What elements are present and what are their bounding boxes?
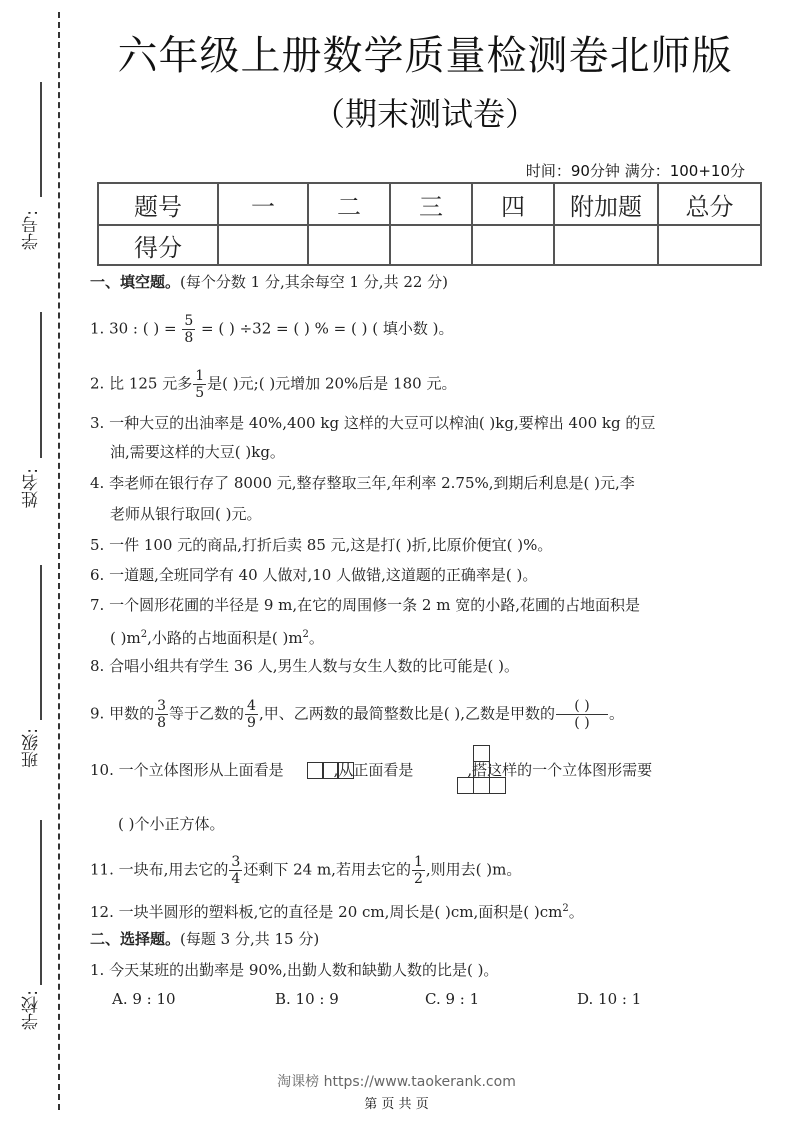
option-b[interactable]: B. 10 : 9 (275, 988, 339, 1010)
question-1-11: 11. 一块布,用去它的34还剩下 24 m,若用去它的12,则用去( )m。 (90, 854, 521, 887)
score-table-score-row: 得分 (98, 225, 761, 265)
name-label: 姓名: (20, 468, 44, 508)
header-cell-3: 三 (390, 183, 472, 225)
class-line[interactable] (40, 565, 42, 720)
q2-text-b: 是( )元;( )元增加 20%后是 180 元。 (207, 375, 456, 393)
header-cell-total: 总分 (658, 183, 761, 225)
name-line[interactable] (40, 312, 42, 458)
question-1-7-line2: ( )m2,小路的占地面积是( )m2。 (110, 624, 324, 649)
school-line[interactable] (40, 820, 42, 985)
footer-page-number: 第 页 共 页 (0, 1093, 793, 1112)
question-1-1: 1. 30 : ( ) = 58 = ( ) ÷32 = ( ) % = ( )… (90, 313, 453, 346)
question-1-3-line1: 3. 一种大豆的出油率是 40%,400 kg 这样的大豆可以榨油( )kg,要… (90, 412, 655, 434)
page-title: 六年级上册数学质量检测卷北师版 (90, 30, 760, 82)
question-1-2: 2. 比 125 元多15是( )元;( )元增加 20%后是 180 元。 (90, 368, 456, 401)
q1-text-b: = ( ) ÷32 = ( ) % = ( ) ( 填小数 )。 (196, 320, 453, 338)
row-label-score: 得分 (98, 225, 218, 265)
fraction-4-9: 49 (245, 698, 258, 731)
section1-heading: 一、填空题。(每个分数 1 分,其余每空 1 分,共 22 分) (90, 271, 448, 293)
q2-text-a: 2. 比 125 元多 (90, 375, 192, 393)
fraction-1-5: 15 (193, 368, 206, 401)
footer-watermark: 淘课榜 https://www.taokerank.com (0, 1071, 793, 1091)
section1-title: 一、填空题。 (90, 273, 180, 291)
school-label: 学校: (20, 990, 44, 1030)
header-cell-bonus: 附加题 (554, 183, 658, 225)
exam-meta: 时间：90分钟 满分：100+10分 (526, 160, 745, 181)
score-table-header-row: 题号 一 二 三 四 附加题 总分 (98, 183, 761, 225)
header-cell-4: 四 (472, 183, 554, 225)
section2-note: (每题 3 分,共 15 分) (180, 930, 319, 948)
question-1-10-line2: ( )个小正方体。 (118, 813, 224, 835)
option-d[interactable]: D. 10 : 1 (577, 988, 641, 1010)
section2-title: 二、选择题。 (90, 930, 180, 948)
question-1-3-line2: 油,需要这样的大豆( )kg。 (110, 441, 285, 463)
question-1-4-line2: 老师从银行取回( )元。 (110, 503, 261, 525)
question-1-12: 12. 一块半圆形的塑料板,它的直径是 20 cm,周长是( )cm,面积是( … (90, 898, 584, 923)
fraction-5-8: 58 (182, 313, 195, 346)
fraction-3-4: 34 (229, 854, 242, 887)
section1-note: (每个分数 1 分,其余每空 1 分,共 22 分) (180, 273, 448, 291)
score-cell-2[interactable] (308, 225, 390, 265)
option-a[interactable]: A. 9 : 10 (112, 988, 176, 1010)
question-1-8: 8. 合唱小组共有学生 36 人,男生人数与女生人数的比可能是( )。 (90, 655, 519, 677)
page-subtitle: （期末测试卷） (90, 92, 760, 136)
fraction-blank[interactable]: ( )( ) (556, 698, 608, 731)
student-id-line[interactable] (40, 82, 42, 197)
student-id-label: 学号: (20, 210, 44, 250)
question-1-7-line1: 7. 一个圆形花圃的半径是 9 m,在它的周围修一条 2 m 宽的小路,花圃的占… (90, 594, 640, 616)
question-1-5: 5. 一件 100 元的商品,打折后卖 85 元,这是打( )折,比原价便宜( … (90, 534, 552, 556)
score-cell-3[interactable] (390, 225, 472, 265)
score-cell-total[interactable] (658, 225, 761, 265)
score-table: 题号 一 二 三 四 附加题 总分 得分 (97, 182, 762, 266)
score-cell-1[interactable] (218, 225, 308, 265)
fraction-1-2: 12 (412, 854, 425, 887)
score-cell-bonus[interactable] (554, 225, 658, 265)
question-2-1: 1. 今天某班的出勤率是 90%,出勤人数和缺勤人数的比是( )。 (90, 959, 498, 981)
binding-dashed-line (58, 12, 60, 1110)
header-cell-question-no: 题号 (98, 183, 218, 225)
question-1-9: 9. 甲数的38等于乙数的49,甲、乙两数的最简整数比是( ),乙数是甲数的( … (90, 698, 624, 731)
question-1-4-line1: 4. 李老师在银行存了 8000 元,整存整取三年,年利率 2.75%,到期后利… (90, 472, 635, 494)
question-1-6: 6. 一道题,全班同学有 40 人做对,10 人做错,这道题的正确率是( )。 (90, 564, 537, 586)
question-1-10-line1: 10. 一个立体图形从上面看是,从正面看是,搭这样的一个立体图形需要 (90, 759, 652, 781)
class-label: 班级: (20, 728, 44, 768)
header-cell-1: 一 (218, 183, 308, 225)
header-cell-2: 二 (308, 183, 390, 225)
q1-text-a: 1. 30 : ( ) = (90, 320, 181, 338)
fraction-3-8: 38 (155, 698, 168, 731)
section2-heading: 二、选择题。(每题 3 分,共 15 分) (90, 928, 319, 950)
score-cell-4[interactable] (472, 225, 554, 265)
option-c[interactable]: C. 9 : 1 (425, 988, 479, 1010)
